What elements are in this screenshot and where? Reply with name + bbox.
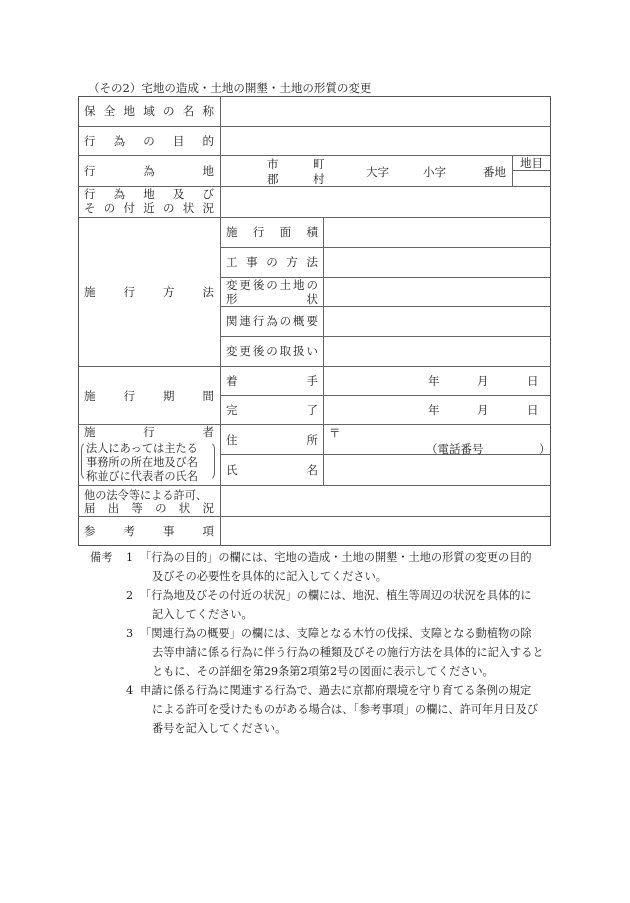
label-related-acts: 関連行為の概要	[226, 312, 318, 330]
label-location: 行為地	[84, 162, 214, 180]
phone-label: （電話番号	[426, 441, 484, 457]
label-references: 参考事項	[84, 522, 214, 540]
label-end: 完了	[226, 401, 318, 419]
end-month-label: 月	[477, 402, 489, 418]
note-item-1: 備考 1 「行為の目的」の欄には、宅地の造成・土地の開墾・土地の形質の変更の目的…	[90, 548, 560, 586]
divider	[78, 366, 551, 367]
start-year-label: 年	[428, 373, 440, 389]
location-village: 村	[313, 171, 325, 187]
label-start: 着手	[226, 372, 318, 390]
label-address: 住所	[226, 431, 318, 449]
operator-note-3: 称並びに代表者の氏名	[86, 468, 198, 484]
label-location-status-1: 行為地及び	[84, 187, 214, 201]
label-location-status-2: その付近の状況	[84, 201, 214, 215]
end-day-label: 日	[527, 402, 539, 418]
label-operator: 施行者	[84, 425, 214, 439]
notes-section: 備考 1 「行為の目的」の欄には、宅地の造成・土地の開墾・土地の形質の変更の目的…	[90, 548, 560, 738]
location-lot-number: 番地	[483, 164, 506, 180]
divider	[220, 96, 221, 546]
label-area: 施行面積	[226, 223, 318, 241]
divider	[323, 217, 324, 485]
label-shape-after-2: 形状	[226, 292, 318, 306]
start-month-label: 月	[477, 373, 489, 389]
label-purpose: 行為の目的	[84, 132, 214, 150]
divider	[220, 247, 551, 248]
label-construction-method: 工事の方法	[226, 253, 318, 271]
divider	[78, 516, 551, 517]
start-day-label: 日	[527, 373, 539, 389]
postal-mark: 〒	[329, 425, 341, 441]
divider	[220, 454, 551, 455]
label-shape-after-1: 変更後の土地の	[226, 278, 318, 292]
phone-close: ）	[539, 441, 551, 457]
location-town: 町	[313, 156, 325, 172]
label-method: 施行方法	[84, 283, 214, 301]
divider	[220, 336, 551, 337]
end-year-label: 年	[428, 402, 440, 418]
note-item-3: 3 「関連行為の概要」の欄には、支障となる木竹の伐採、支障となる動植物の除去等申…	[90, 624, 560, 681]
label-other-permits-2: 届出等の状況	[84, 501, 214, 515]
divider	[78, 485, 551, 486]
label-conservation-area-name: 保全地域の名称	[84, 102, 214, 120]
notes-heading: 備考	[90, 548, 126, 586]
location-oaza: 大字	[366, 164, 389, 180]
location-district: 郡	[267, 171, 279, 187]
divider	[78, 217, 551, 218]
label-handling-after: 変更後の取扱い	[226, 342, 318, 360]
land-category-input[interactable]	[513, 171, 551, 185]
divider	[220, 306, 551, 307]
divider	[78, 126, 551, 127]
note-item-2: 2 「行為地及びその付近の状況」の欄には、地況、植生等周辺の状況を具体的に記入し…	[90, 586, 560, 624]
form-title: （その2）宅地の造成・土地の開墾・土地の形質の変更	[88, 80, 371, 96]
divider	[220, 395, 551, 396]
location-koaza: 小字	[423, 164, 446, 180]
label-period: 施行期間	[84, 387, 214, 405]
location-city: 市	[267, 156, 279, 172]
label-name: 氏名	[226, 461, 318, 479]
location-land-category: 地目	[520, 155, 543, 171]
note-item-4: 4 申請に係る行為に関連する行為で、過去に京都府環境を守り育てる条例の規定による…	[90, 681, 560, 738]
